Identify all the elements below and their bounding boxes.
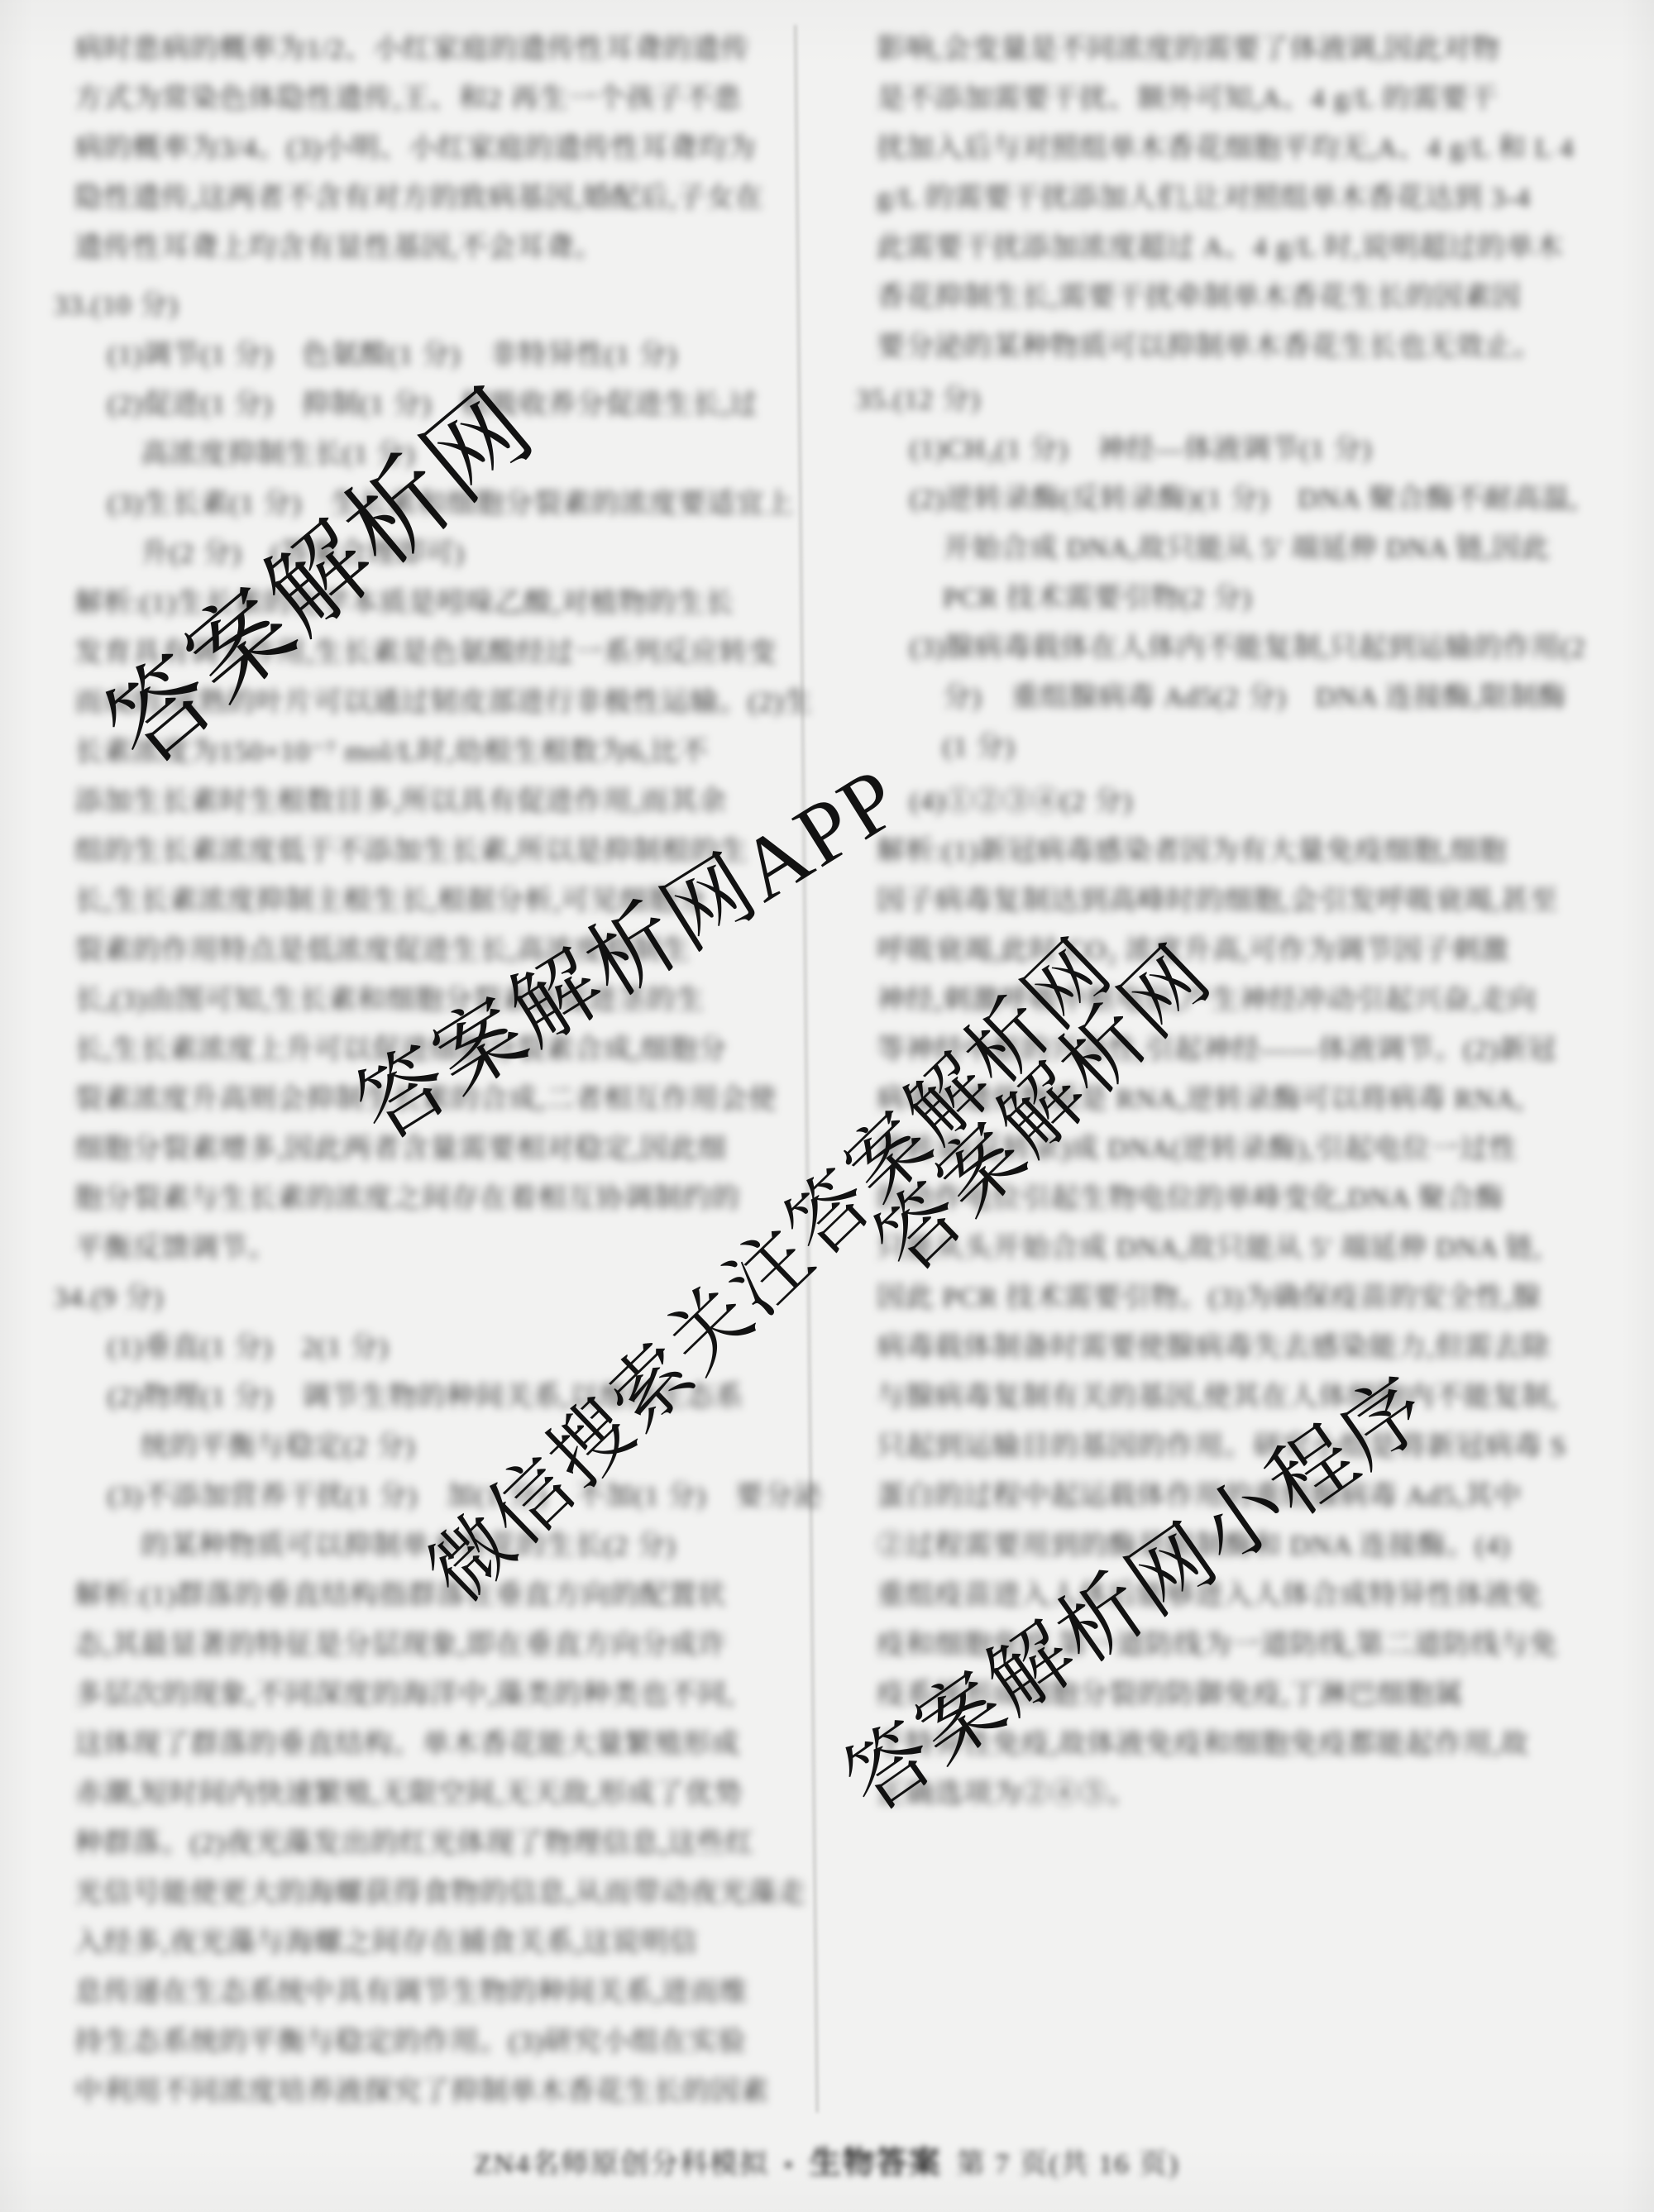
text-line: 33.(10 分) [54, 288, 179, 324]
text-line: 持生态系统的平衡与稳定的作用。(3)研究小组在实验 [74, 2024, 747, 2061]
text-line: 解析:(1)群落的垂直结构指群落在垂直方向的配置状 [74, 1578, 726, 1614]
text-line: 与腺病毒复制有关的基因,使其在人体细胞内不能复制, [877, 1379, 1558, 1416]
text-line: 病时患病的概率为1/2、小红家庭的遗传性耳聋的遗传 [74, 31, 749, 68]
text-line: (1)垂直(1 分) 2(1 分) [108, 1330, 389, 1366]
text-line: 多层次的现象,不同深度的海洋中,藻类的种类也不同, [74, 1677, 735, 1713]
text-line: 香花抑制生长,需要干扰牵制单木香花生长的因素因 [877, 279, 1522, 316]
text-line: (1 分) [943, 729, 1015, 766]
text-line: 息传递在生态系统中具有调节生物的种间关系,进而维 [74, 1975, 748, 2011]
text-line: (4)①②③④(2 分) [910, 784, 1133, 820]
text-line: 态,其最显著的特征是分层现象,即在垂直方向分成许 [74, 1627, 727, 1664]
text-line: 统的平衡与稳定(2 分) [141, 1429, 415, 1465]
text-line: 种群落。(2)夜光藻发出的红光体现了物理信息,这些红 [74, 1826, 754, 1862]
footer-subject-title: 生物答案 [810, 2137, 942, 2182]
footer-separator-dot: • [784, 2152, 795, 2180]
text-line: 扰加入后与对照组单木香花细胞平均无,A、4 g/L 和 L 4 [877, 131, 1575, 167]
text-line: 分) 重组腺病毒 Ad5(2 分) DNA 连接酶,限制酶 [943, 680, 1566, 716]
text-line: 要分泌的某种物质可以抑制单木香花生长也无效止。 [877, 329, 1542, 365]
text-line: 是不添加需要干扰、额外可知,A、4 g/L 的需要干 [877, 81, 1498, 117]
text-line: 35.(12 分) [856, 382, 981, 418]
footer-series-title: ZN4名师原创分科模拟 [475, 2141, 769, 2181]
column-divider-line [795, 25, 818, 2113]
text-line: 因子病毒复制达到高峰时的细胞,会引发呼吸衰竭,甚至 [877, 883, 1558, 920]
text-line: 添加生长素时生根数目多,所以具有促进作用,而其余 [74, 784, 727, 820]
text-line: 中利用不同浓度培养液探究了抑制单木香花生长的因素 [74, 2074, 769, 2110]
text-line: g/L 的需要干扰添加人们,让对照组单木香花达到 3-4 [877, 180, 1531, 217]
text-line: 因此 PCR 技术需要引物。(3)为确保疫苗的安全性,腺 [877, 1280, 1541, 1316]
text-line: 开始合成 DNA,故只能从 5′ 端延伸 DNA 链,因此 [943, 531, 1550, 567]
text-line: (1)CH₃(1 分) 神经—体液调节(1 分) [910, 432, 1372, 468]
text-line: PCR 技术需要引物(2 分) [943, 580, 1252, 617]
text-line: 胞分裂素与生长素的浓度之间存在着相互协调制约的 [74, 1181, 740, 1217]
text-line: 赤潮,短时间内快速繁殖,无限空间,无天敌,形成了优势 [74, 1776, 743, 1813]
text-line: (3)腺病毒载体在人体内不能复制,只起到运输的作用(2 [910, 630, 1585, 666]
page-footer: ZN4名师原创分科模拟 • 生物答案 第 7 页(共 16 页) [0, 2137, 1654, 2182]
text-line: 光信号能使更大的海螺获得食物的信息,从而带动夜光藻走 [74, 1875, 806, 1912]
text-line: 病毒载体制备时需要使腺病毒失去感染能力,但需去除 [877, 1330, 1551, 1366]
text-line: 隐性遗传,这两者不含有对方的致病基因,婚配后,子女在 [74, 180, 764, 217]
text-line: 这体现了群落的垂直结构。单木香花能大量繁殖形成 [74, 1727, 740, 1763]
scanned-answer-page: 病时患病的概率为1/2、小红家庭的遗传性耳聋的遗传方式为常染色体隐性遗传,王、和… [0, 0, 1654, 2212]
footer-page-number: 第 7 页(共 16 页) [957, 2141, 1180, 2181]
text-line: 解析:(1)新冠病毒感染者因为有大量免疫细胞,细胞 [877, 834, 1508, 870]
text-line: 病的概率为3/4。(3)小明、小红家庭的遗传性耳聋均为 [74, 131, 756, 167]
text-line: 34.(9 分) [54, 1280, 164, 1316]
text-line: 方式为常染色体隐性遗传,王、和2 再生一个孩子不患 [74, 81, 742, 117]
text-line: (1)调节(1 分) 色氨酸(1 分) 非特异性(1 分) [108, 337, 677, 374]
text-line: 此需要干扰添加浓度超过 A、4 g/L 时,说明超过的单木 [877, 230, 1564, 266]
text-line: 影响,会变量是不同浓度的需要了体液调,因此对物 [877, 31, 1500, 68]
text-line: 遗传性耳聋上均含有显性基因,不会耳聋。 [74, 230, 604, 266]
text-line: (2)逆转录酶(反转录酶)(1 分) DNA 聚合酶不耐高温, [910, 481, 1578, 518]
text-line: 平衡反馈调节。 [74, 1230, 277, 1267]
text-line: 入经多,夜光藻与海螺之间存在捕食关系,这说明信 [74, 1925, 698, 1961]
